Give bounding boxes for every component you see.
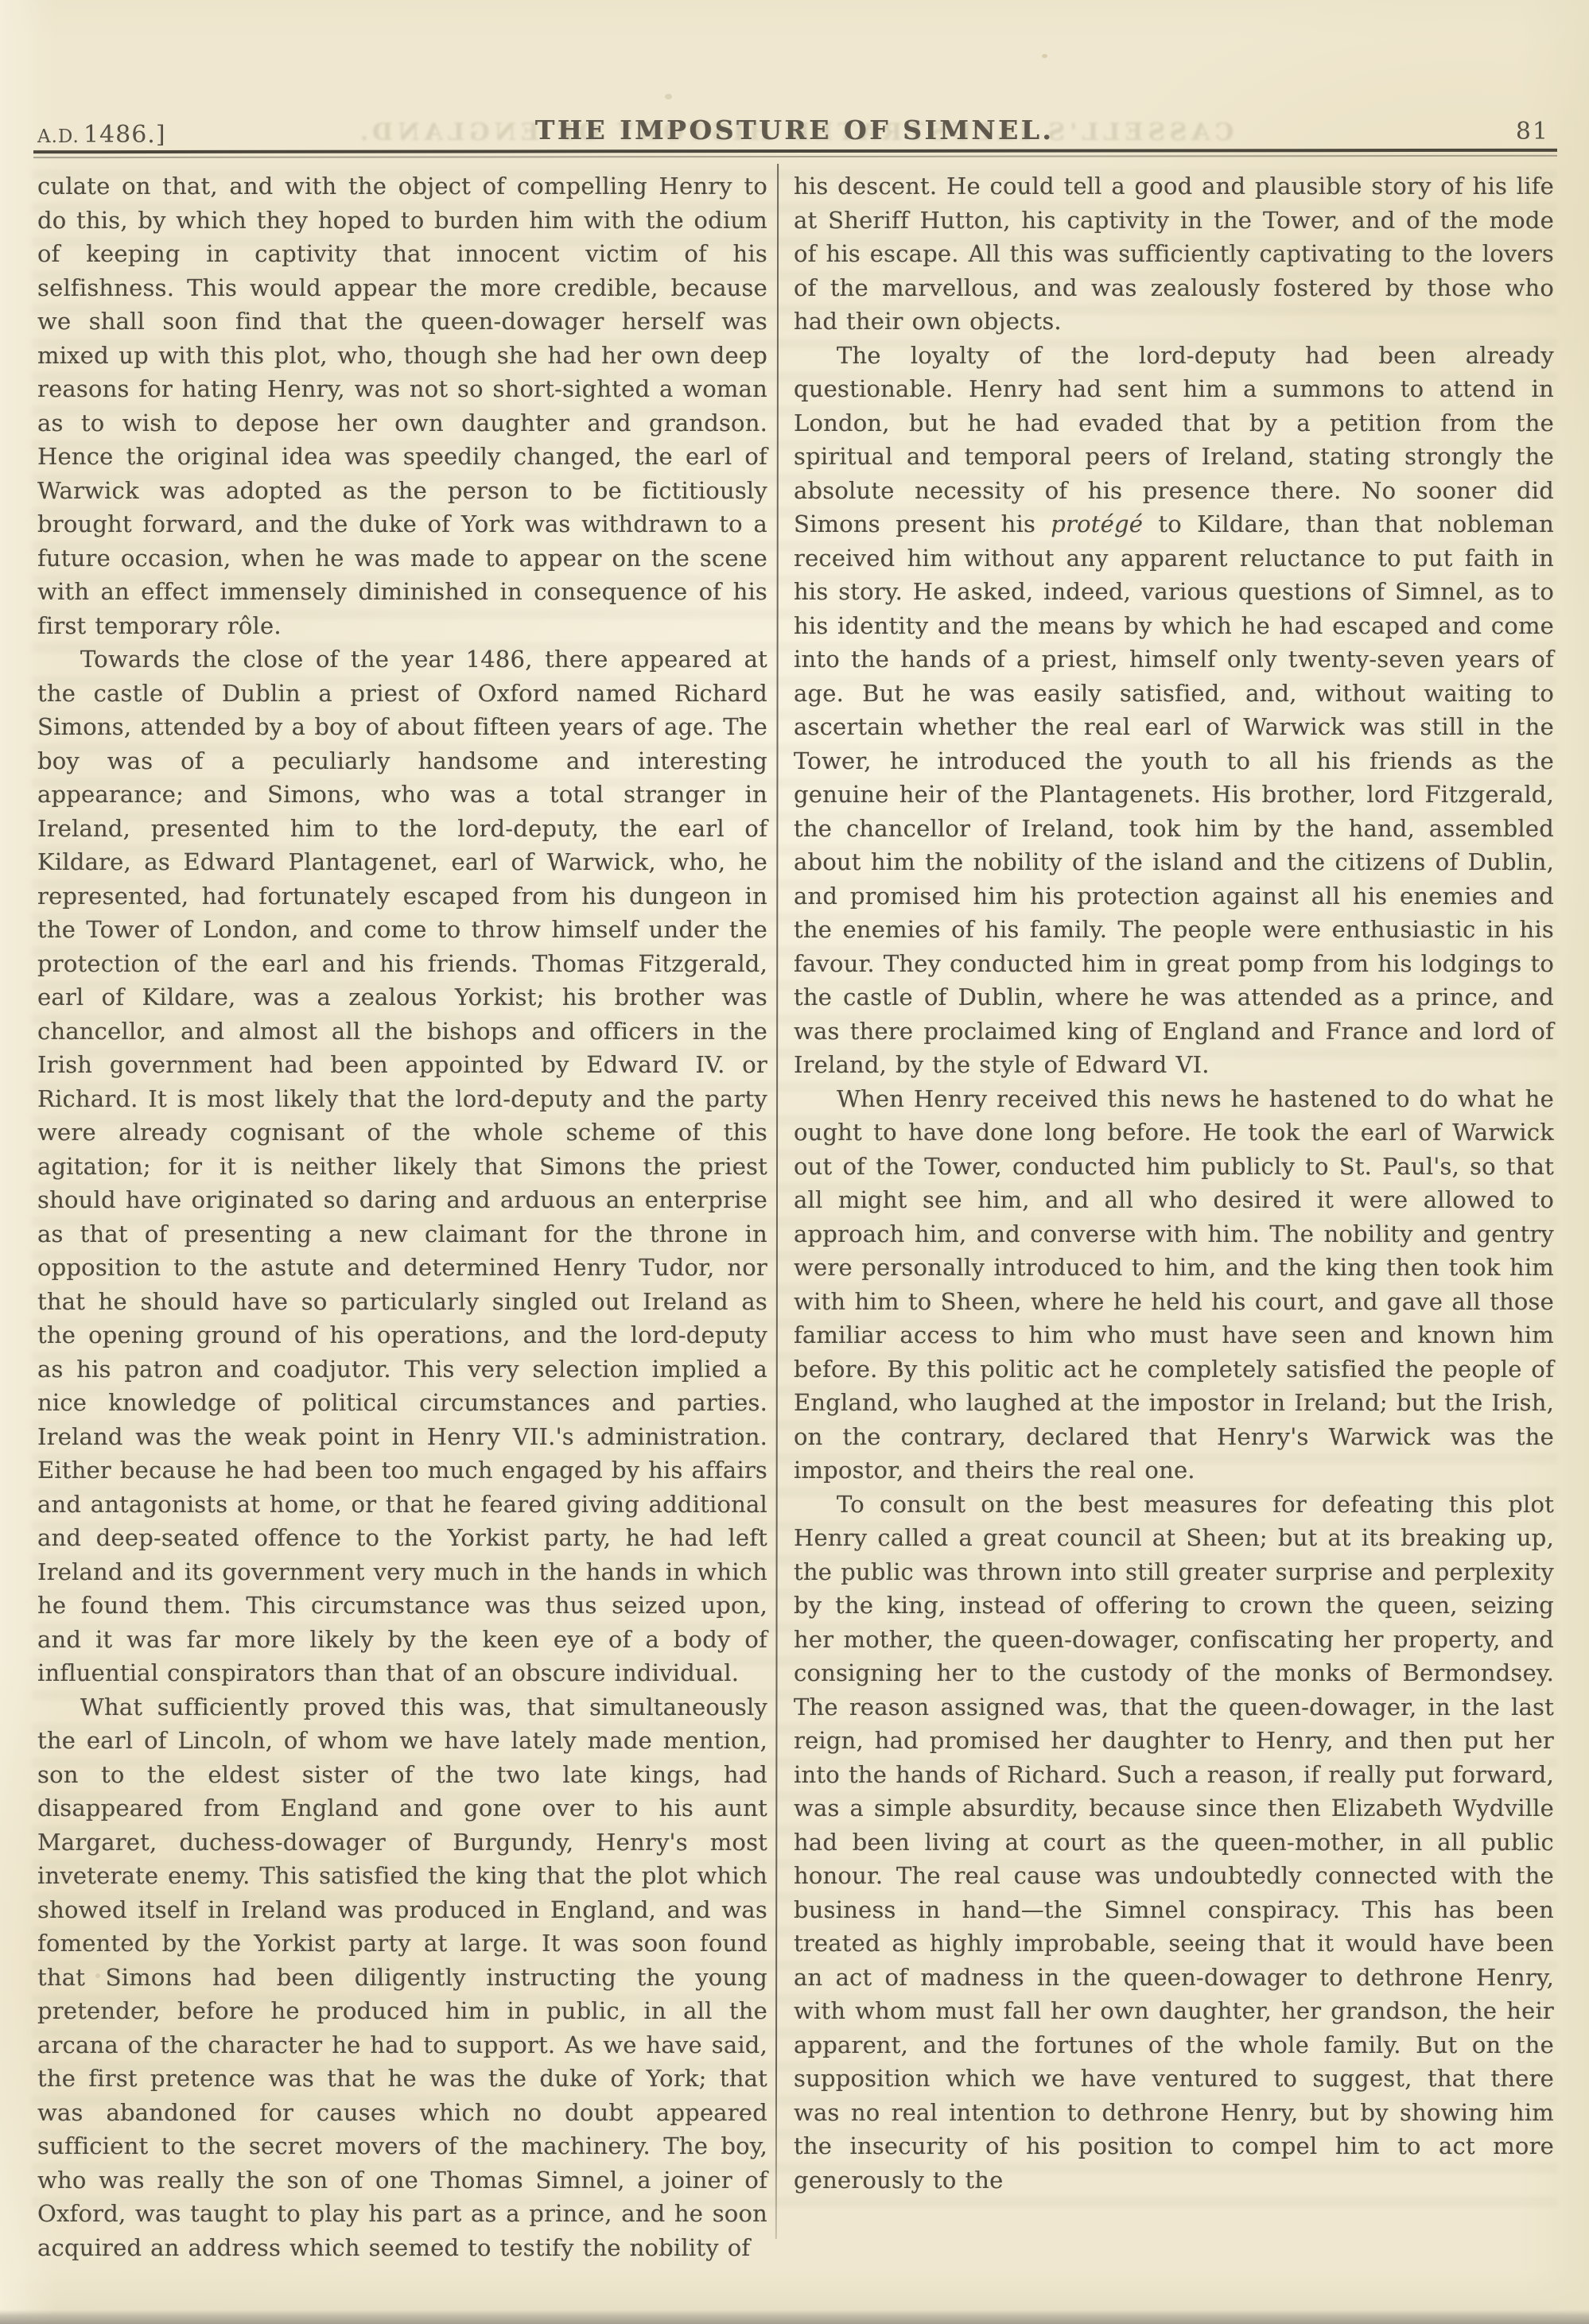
column-divider-rule: [775, 164, 779, 2239]
text-run: to Kildare, than that nobleman received …: [794, 510, 1554, 1078]
paper-speck: [95, 1973, 100, 1978]
paper-speck: [665, 94, 672, 99]
paragraph: culate on that, and with the object of c…: [37, 169, 767, 642]
text-run: his descent. He could tell a good and pl…: [794, 173, 1554, 335]
paragraph: When Henry received this news he hastene…: [794, 1082, 1554, 1488]
header-rule-thick: [33, 149, 1557, 153]
paragraph: his descent. He could tell a good and pl…: [794, 169, 1554, 339]
text-column-left: culate on that, and with the object of c…: [37, 169, 767, 2264]
text-run: Towards the close of the year 1486, ther…: [37, 646, 767, 1686]
paper-speck: [1486, 1260, 1490, 1264]
paper-speck: [1042, 54, 1047, 58]
text-run: culate on that, and with the object of c…: [37, 173, 767, 639]
paragraph: To consult on the best measures for defe…: [794, 1488, 1554, 2198]
text-column-right: his descent. He could tell a good and pl…: [794, 169, 1554, 2197]
paragraph: What sufficiently proved this was, that …: [37, 1690, 767, 2265]
running-head-title: THE IMPOSTURE OF SIMNEL.: [0, 114, 1589, 145]
text-run: To consult on the best measures for defe…: [794, 1491, 1554, 2194]
text-run: The loyalty of the lord-deputy had been …: [794, 342, 1554, 538]
italic-text-run: protégé: [1051, 510, 1143, 537]
text-run: When Henry received this news he hastene…: [794, 1085, 1554, 1484]
paragraph: The loyalty of the lord-deputy had been …: [794, 339, 1554, 1082]
paragraph: Towards the close of the year 1486, ther…: [37, 642, 767, 1690]
page-number: 81: [1516, 118, 1549, 145]
scanned-book-page: CASSELL'S ILLUSTRATED HISTORY OF ENGLAND…: [0, 0, 1589, 2324]
page-bottom-edge-shadow: [0, 2310, 1589, 2324]
header-rule-thin: [33, 155, 1557, 158]
text-run: What sufficiently proved this was, that …: [37, 1694, 767, 2261]
